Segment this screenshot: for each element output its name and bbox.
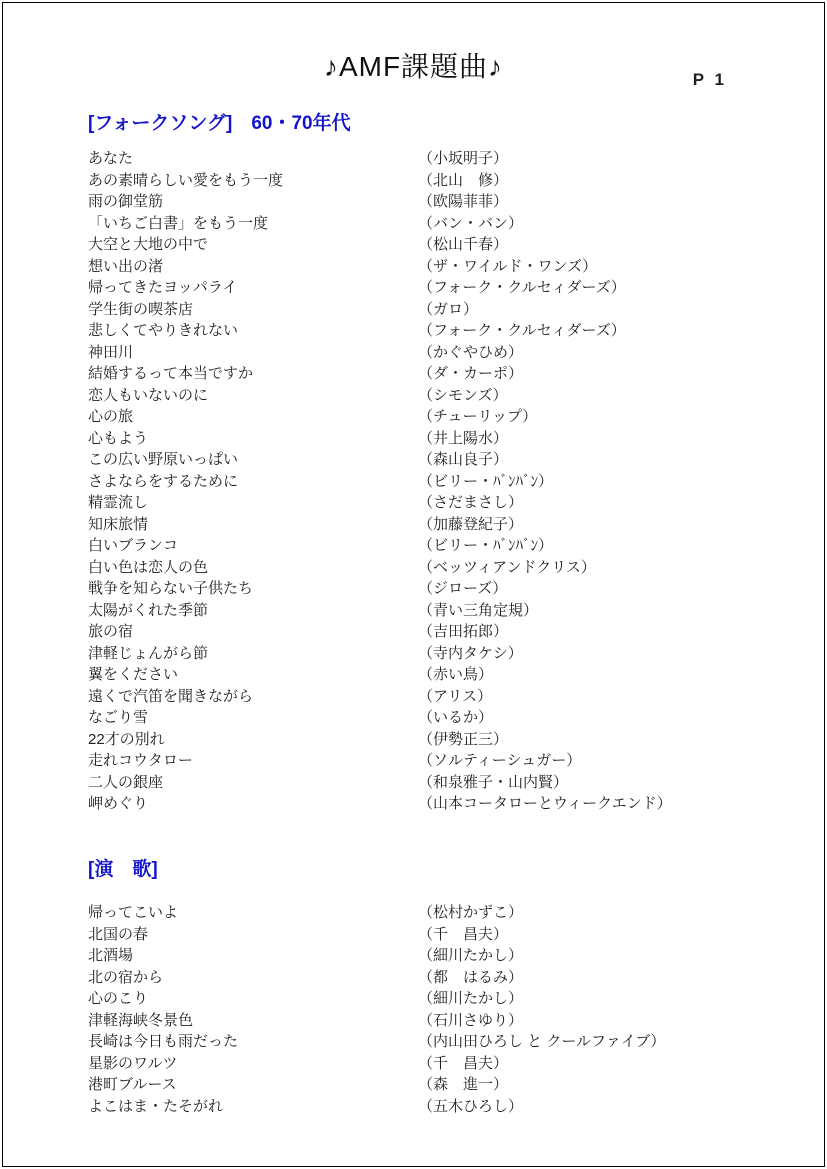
song-row: 津軽じょんがら節 （寺内タケシ） [88, 643, 777, 665]
song-row: 遠くで汽笛を聞きながら （アリス） [88, 686, 777, 708]
section-heading-enka: [演 歌] [88, 858, 777, 882]
song-row: 白い色は恋人の色 （ベッツィアンドクリス） [88, 557, 777, 579]
song-row: 心の旅 （チューリップ） [88, 406, 777, 428]
song-row: 「いちご白書」をもう一度 （バン・バン） [88, 213, 777, 235]
song-row: 二人の銀座 （和泉雅子・山内賢） [88, 772, 777, 794]
song-title: 「いちご白書」をもう一度 [88, 213, 418, 235]
song-artist: （ビリー・ﾊﾞﾝﾊﾞﾝ） [418, 471, 777, 493]
song-artist: （松山千春） [418, 234, 777, 256]
song-artist: （千 昌夫） [418, 1053, 777, 1075]
song-artist: （伊勢正三） [418, 729, 777, 751]
song-row: 恋人もいないのに （シモンズ） [88, 385, 777, 407]
song-row: 心もよう （井上陽水） [88, 428, 777, 450]
song-artist: （バン・バン） [418, 213, 777, 235]
song-title: よこはま・たそがれ [88, 1096, 418, 1118]
song-row: 精霊流し （さだまさし） [88, 492, 777, 514]
song-title: 津軽じょんがら節 [88, 643, 418, 665]
song-row: あなた （小坂明子） [88, 148, 777, 170]
song-row: 港町ブルース （森 進一） [88, 1074, 777, 1096]
song-row: 悲しくてやりきれない （フォーク・クルセィダーズ） [88, 320, 777, 342]
song-title: 走れコウタロー [88, 750, 418, 772]
song-row: 走れコウタロー （ソルティーシュガー） [88, 750, 777, 772]
song-row: よこはま・たそがれ （五木ひろし） [88, 1096, 777, 1118]
song-row: 戦争を知らない子供たち （ジローズ） [88, 578, 777, 600]
song-title: 戦争を知らない子供たち [88, 578, 418, 600]
song-artist: （山本コータローとウィークエンド） [418, 793, 777, 815]
section-enka: [演 歌] 帰ってこいよ （松村かずこ） 北国の春 （千 昌夫） 北酒場 （細川… [88, 858, 777, 1117]
song-row: 心のこり （細川たかし） [88, 988, 777, 1010]
song-row: 星影のワルツ （千 昌夫） [88, 1053, 777, 1075]
song-artist: （アリス） [418, 686, 777, 708]
song-row: 北酒場 （細川たかし） [88, 945, 777, 967]
song-title: 太陽がくれた季節 [88, 600, 418, 622]
song-title: 二人の銀座 [88, 772, 418, 794]
song-row: 岬めぐり （山本コータローとウィークエンド） [88, 793, 777, 815]
song-row: 想い出の渚 （ザ・ワイルド・ワンズ） [88, 256, 777, 278]
song-row: 結婚するって本当ですか （ダ・カーポ） [88, 363, 777, 385]
song-row: なごり雪 （いるか） [88, 707, 777, 729]
song-artist: （ダ・カーポ） [418, 363, 777, 385]
song-title: 心もよう [88, 428, 418, 450]
song-row: 翼をください （赤い鳥） [88, 664, 777, 686]
song-title: 想い出の渚 [88, 256, 418, 278]
song-artist: （フォーク・クルセィダーズ） [418, 320, 777, 342]
song-artist: （細川たかし） [418, 988, 777, 1010]
song-title: 星影のワルツ [88, 1053, 418, 1075]
song-row: 旅の宿 （吉田拓郎） [88, 621, 777, 643]
song-row: 帰ってきたヨッパライ （フォーク・クルセィダーズ） [88, 277, 777, 299]
song-title: 心の旅 [88, 406, 418, 428]
song-title: 翼をください [88, 664, 418, 686]
song-title: 旅の宿 [88, 621, 418, 643]
song-artist: （ガロ） [418, 299, 777, 321]
song-row: 帰ってこいよ （松村かずこ） [88, 902, 777, 924]
song-row: さよならをするために （ビリー・ﾊﾞﾝﾊﾞﾝ） [88, 471, 777, 493]
song-artist: （寺内タケシ） [418, 643, 777, 665]
section-heading-folk: [フォークソング] 60・70年代 [88, 112, 777, 136]
song-title: 岬めぐり [88, 793, 418, 815]
song-artist: （千 昌夫） [418, 924, 777, 946]
section-folk-songs: [フォークソング] 60・70年代 あなた （小坂明子） あの素晴らしい愛をもう… [88, 112, 777, 815]
song-list-folk: あなた （小坂明子） あの素晴らしい愛をもう一度 （北山 修） 雨の御堂筋 （欧… [88, 148, 777, 815]
song-artist: （松村かずこ） [418, 902, 777, 924]
song-row: 北国の春 （千 昌夫） [88, 924, 777, 946]
song-artist: （森 進一） [418, 1074, 777, 1096]
song-row: 大空と大地の中で （松山千春） [88, 234, 777, 256]
song-artist: （ジローズ） [418, 578, 777, 600]
song-title: 白いブランコ [88, 535, 418, 557]
song-artist: （いるか） [418, 707, 777, 729]
song-artist: （さだまさし） [418, 492, 777, 514]
song-title: 知床旅情 [88, 514, 418, 536]
song-artist: （小坂明子） [418, 148, 777, 170]
song-row: 北の宿から （都 はるみ） [88, 967, 777, 989]
song-artist: （五木ひろし） [418, 1096, 777, 1118]
song-title: 恋人もいないのに [88, 385, 418, 407]
song-artist: （和泉雅子・山内賢） [418, 772, 777, 794]
song-title: 雨の御堂筋 [88, 191, 418, 213]
song-title: 22才の別れ [88, 729, 418, 751]
song-title: 津軽海峡冬景色 [88, 1010, 418, 1032]
song-title: 長崎は今日も雨だった [88, 1031, 418, 1053]
song-artist: （加藤登紀子） [418, 514, 777, 536]
song-row: 22才の別れ （伊勢正三） [88, 729, 777, 751]
song-row: 学生街の喫茶店 （ガロ） [88, 299, 777, 321]
song-artist: （フォーク・クルセィダーズ） [418, 277, 777, 299]
song-artist: （ソルティーシュガー） [418, 750, 777, 772]
song-title: 悲しくてやりきれない [88, 320, 418, 342]
song-row: 神田川 （かぐやひめ） [88, 342, 777, 364]
song-artist: （吉田拓郎） [418, 621, 777, 643]
song-artist: （赤い鳥） [418, 664, 777, 686]
song-row: 白いブランコ （ビリー・ﾊﾞﾝﾊﾞﾝ） [88, 535, 777, 557]
song-title: さよならをするために [88, 471, 418, 493]
song-row: 太陽がくれた季節 （青い三角定規） [88, 600, 777, 622]
song-row: 雨の御堂筋 （欧陽菲菲） [88, 191, 777, 213]
song-title: 心のこり [88, 988, 418, 1010]
document-page: ♪AMF課題曲♪ P 1 [フォークソング] 60・70年代 あなた （小坂明子… [0, 0, 827, 1169]
song-title: 北国の春 [88, 924, 418, 946]
song-title: あの素晴らしい愛をもう一度 [88, 170, 418, 192]
song-title: 帰ってこいよ [88, 902, 418, 924]
song-title: 神田川 [88, 342, 418, 364]
song-artist: （ベッツィアンドクリス） [418, 557, 777, 579]
song-artist: （細川たかし） [418, 945, 777, 967]
song-title: 北の宿から [88, 967, 418, 989]
song-list-enka: 帰ってこいよ （松村かずこ） 北国の春 （千 昌夫） 北酒場 （細川たかし） 北… [88, 902, 777, 1117]
song-artist: （森山良子） [418, 449, 777, 471]
song-row: 津軽海峡冬景色 （石川さゆり） [88, 1010, 777, 1032]
song-title: 大空と大地の中で [88, 234, 418, 256]
song-title: 帰ってきたヨッパライ [88, 277, 418, 299]
song-title: あなた [88, 148, 418, 170]
song-artist: （内山田ひろし と クールファイブ） [418, 1031, 777, 1053]
song-artist: （欧陽菲菲） [418, 191, 777, 213]
song-title: 結婚するって本当ですか [88, 363, 418, 385]
song-artist: （井上陽水） [418, 428, 777, 450]
song-artist: （チューリップ） [418, 406, 777, 428]
song-row: あの素晴らしい愛をもう一度 （北山 修） [88, 170, 777, 192]
song-artist: （ビリー・ﾊﾞﾝﾊﾞﾝ） [418, 535, 777, 557]
song-artist: （ザ・ワイルド・ワンズ） [418, 256, 777, 278]
song-row: 長崎は今日も雨だった （内山田ひろし と クールファイブ） [88, 1031, 777, 1053]
page-number: P 1 [693, 70, 727, 90]
song-artist: （北山 修） [418, 170, 777, 192]
song-artist: （シモンズ） [418, 385, 777, 407]
song-artist: （都 はるみ） [418, 967, 777, 989]
song-title: なごり雪 [88, 707, 418, 729]
song-artist: （かぐやひめ） [418, 342, 777, 364]
song-artist: （石川さゆり） [418, 1010, 777, 1032]
song-title: 港町ブルース [88, 1074, 418, 1096]
song-row: この広い野原いっぱい （森山良子） [88, 449, 777, 471]
song-row: 知床旅情 （加藤登紀子） [88, 514, 777, 536]
song-title: 遠くで汽笛を聞きながら [88, 686, 418, 708]
song-title: 学生街の喫茶店 [88, 299, 418, 321]
song-title: 精霊流し [88, 492, 418, 514]
song-artist: （青い三角定規） [418, 600, 777, 622]
song-title: この広い野原いっぱい [88, 449, 418, 471]
song-title: 白い色は恋人の色 [88, 557, 418, 579]
song-title: 北酒場 [88, 945, 418, 967]
